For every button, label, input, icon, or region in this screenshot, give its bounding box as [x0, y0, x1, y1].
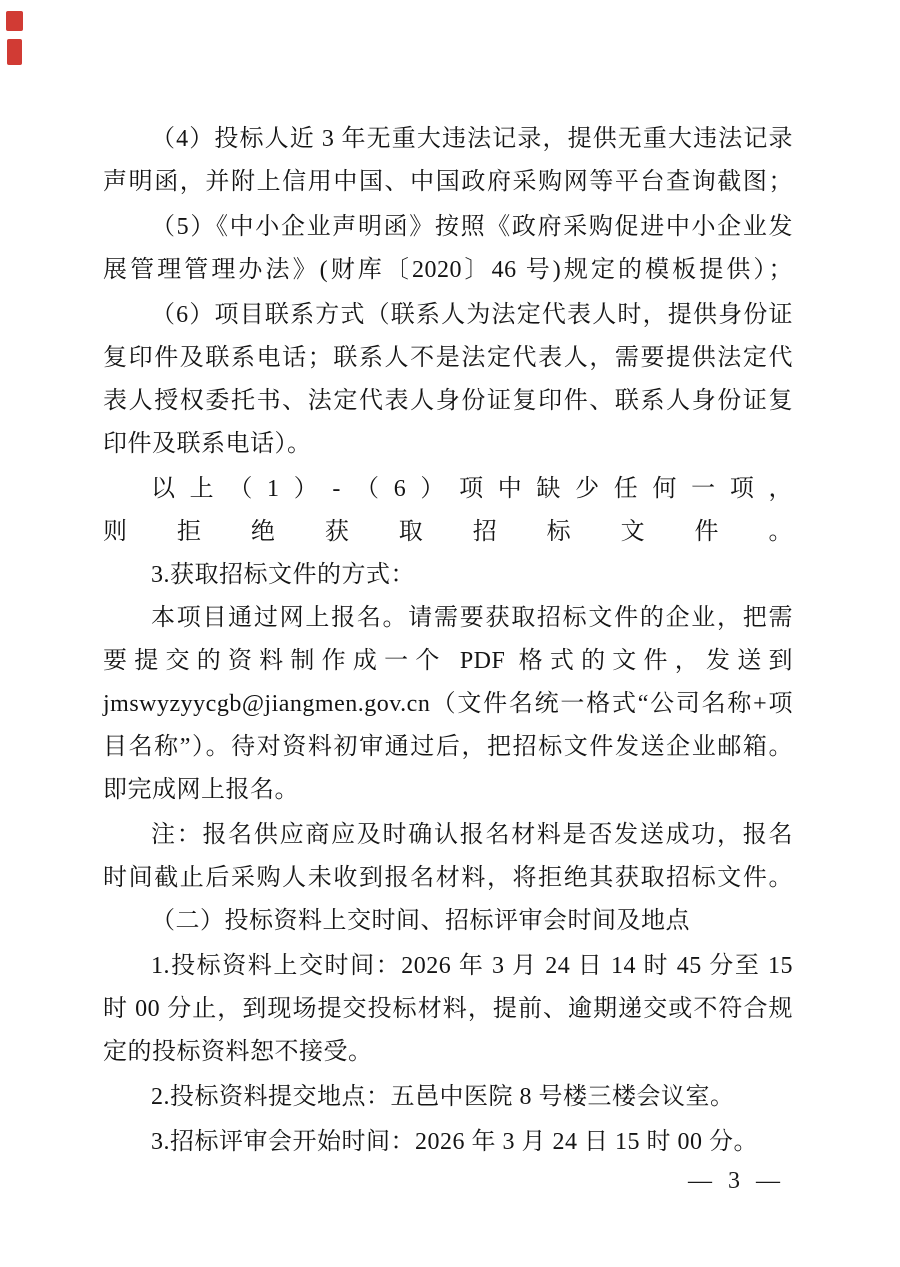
doc-line-10: 3.获取招标文件的方式： — [103, 554, 793, 597]
doc-line-9: 以上（1）-（6）项中缺少任何一项，则拒绝获取招标文件。 — [103, 468, 793, 554]
doc-line-15: 即完成网上报名。 — [103, 769, 793, 812]
doc-line-16: 注：报名供应商应及时确认报名材料是否发送成功，报名 — [103, 814, 793, 857]
page-number: — 3 — — [103, 1168, 785, 1195]
doc-line-17: 时间截止后采购人未收到报名材料，将拒绝其获取招标文件。 — [103, 857, 793, 900]
doc-line-6: 复印件及联系电话；联系人不是法定代表人，需要提供法定代 — [103, 337, 793, 380]
doc-line-2: 声明函，并附上信用中国、中国政府采购网等平台查询截图； — [103, 161, 793, 204]
doc-line-11: 本项目通过网上报名。请需要获取招标文件的企业，把需 — [103, 597, 793, 640]
red-scan-mark-bottom — [7, 39, 22, 65]
doc-line-21: 定的投标资料恕不接受。 — [103, 1031, 793, 1074]
doc-line-3: （5）《中小企业声明函》按照《政府采购促进中小企业发 — [103, 206, 793, 249]
document-body: （4）投标人近 3 年无重大违法记录，提供无重大违法记录 声明函，并附上信用中国… — [103, 118, 793, 1164]
doc-line-23: 3.招标评审会开始时间：2026 年 3 月 24 日 15 时 00 分。 — [103, 1121, 793, 1164]
doc-line-12: 要提交的资料制作成一个 PDF 格式的文件，发送到 — [103, 640, 793, 683]
doc-line-22: 2.投标资料提交地点：五邑中医院 8 号楼三楼会议室。 — [103, 1076, 793, 1119]
document-page: （4）投标人近 3 年无重大违法记录，提供无重大违法记录 声明函，并附上信用中国… — [0, 0, 900, 1267]
doc-line-13: jmswyzyycgb@jiangmen.gov.cn（文件名统一格式“公司名称… — [103, 683, 793, 726]
doc-line-14: 目名称”）。待对资料初审通过后，把招标文件发送企业邮箱。 — [103, 726, 793, 769]
doc-line-18: （二）投标资料上交时间、招标评审会时间及地点 — [103, 900, 793, 943]
doc-line-4: 展管理管理办法》(财库〔2020〕46 号)规定的模板提供）； — [103, 249, 793, 292]
doc-line-20: 时 00 分止，到现场提交投标材料，提前、逾期递交或不符合规 — [103, 988, 793, 1031]
doc-line-8: 印件及联系电话）。 — [103, 423, 793, 466]
doc-line-1: （4）投标人近 3 年无重大违法记录，提供无重大违法记录 — [103, 118, 793, 161]
doc-line-7: 表人授权委托书、法定代表人身份证复印件、联系人身份证复 — [103, 380, 793, 423]
red-scan-mark-top — [6, 11, 23, 31]
doc-line-19: 1.投标资料上交时间：2026 年 3 月 24 日 14 时 45 分至 15 — [103, 945, 793, 988]
doc-line-5: （6）项目联系方式（联系人为法定代表人时，提供身份证 — [103, 294, 793, 337]
